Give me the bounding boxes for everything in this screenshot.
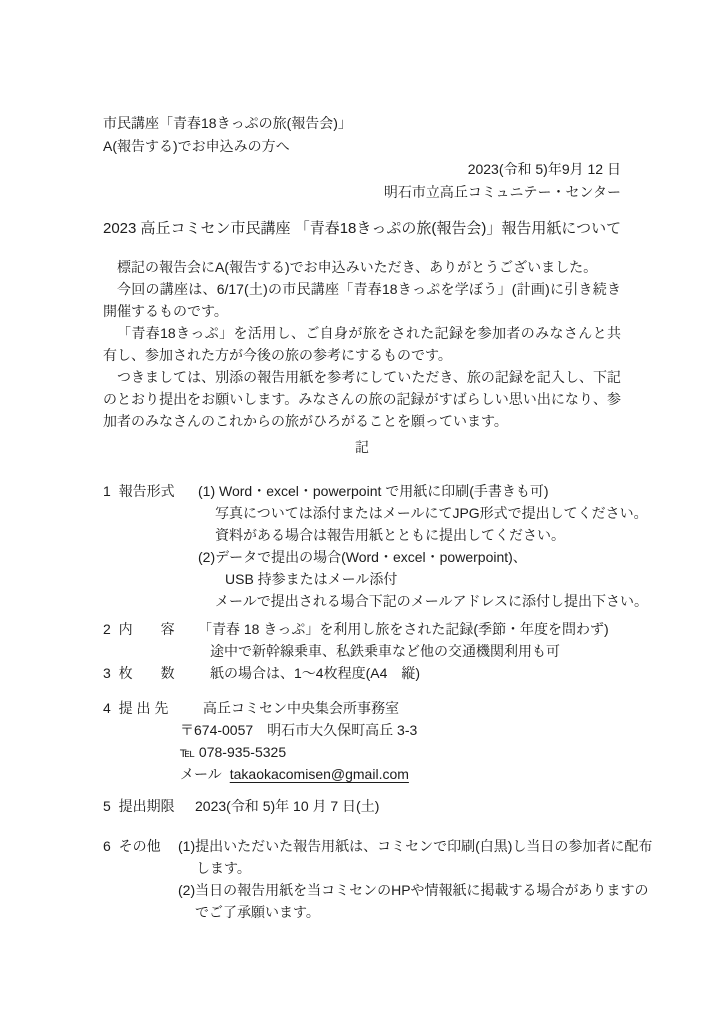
section-line: でご了承願います。 <box>195 901 621 923</box>
section-page-count: 3 枚 数 紙の場合は、1～4枚程度(A4 縦) <box>103 662 621 684</box>
section-line: 途中で新幹線乗車、私鉄乗車など他の交通機関利用も可 <box>210 640 621 662</box>
section-line: します。 <box>196 857 621 879</box>
section-line: (1)提出いただいた報告用紙は、コミセンで印刷(白黒)し当日の参加者に配布 <box>178 835 621 857</box>
section-report-format: 1 報告形式 (1) Word・excel・powerpoint で用紙に印刷(… <box>103 480 621 612</box>
section-content-label: 2 内 容 <box>103 618 175 640</box>
issuing-organization: 明石市立高丘コミュニテー・センター <box>103 181 621 204</box>
section-line: 写真については添付またはメールにてJPG形式で提出してください。 <box>215 502 621 524</box>
section-line: (2)当日の報告用紙を当コミセンのHPや情報紙に掲載する場合がありますの <box>178 879 621 901</box>
body-paragraph-2: 今回の講座は、6/17(土)の市民講座「青春18きっぷを学ぼう」(計画)に引き続… <box>103 278 621 322</box>
body-paragraph-3: 「青春18きっぷ」を活用し、ご自身が旅をされた記録を参加者のみなさんと共有し、参… <box>103 322 621 366</box>
section-deadline: 5 提出期限 2023(令和 5)年 10 月 7 日(土) <box>103 795 621 817</box>
section-other-notes: 6 その他 (1)提出いただいた報告用紙は、コミセンで印刷(白黒)し当日の参加者… <box>103 835 621 923</box>
record-heading: 記 <box>103 436 621 458</box>
email-line: メールtakaokacomisen@gmail.com <box>180 763 621 785</box>
email-label: メール <box>180 766 222 782</box>
section-line: USB 持参またはメール添付 <box>225 568 621 590</box>
body-paragraph-4: つきましては、別添の報告用紙を参考にしていただき、旅の記録を記入し、下記のとおり… <box>103 366 621 432</box>
section-line: 「青春 18 きっぷ」を利用し旅をされた記録(季節・年度を問わず) <box>198 618 621 640</box>
section-submission-address-label: 4 提 出 先 <box>103 697 168 719</box>
email-address: takaokacomisen@gmail.com <box>230 766 409 782</box>
addressee-line-1: 市民講座「青春18きっぷの旅(報告会)」 <box>103 112 621 135</box>
telephone-line: ℡ 078-935-5325 <box>180 741 621 763</box>
section-line: 資料がある場合は報告用紙とともに提出してください。 <box>215 524 621 546</box>
section-content: 2 内 容 「青春 18 きっぷ」を利用し旅をされた記録(季節・年度を問わず) … <box>103 618 621 662</box>
deadline-date: 2023(令和 5)年 10 月 7 日(土) <box>195 795 621 817</box>
section-line: 紙の場合は、1～4枚程度(A4 縦) <box>210 662 621 684</box>
section-submission-address: 4 提 出 先 高丘コミセン中央集会所事務室 〒674-0057 明石市大久保町… <box>103 697 621 785</box>
section-page-count-label: 3 枚 数 <box>103 662 175 684</box>
addressee-block: 市民講座「青春18きっぷの旅(報告会)」 A(報告する)でお申込みの方へ <box>103 112 621 158</box>
document-page: 市民講座「青春18きっぷの旅(報告会)」 A(報告する)でお申込みの方へ 202… <box>0 0 724 1024</box>
section-line: (2)データで提出の場合(Word・excel・powerpoint)、 <box>198 546 621 568</box>
document-title: 2023 高丘コミセン市民講座 「青春18きっぷの旅(報告会)」報告用紙について <box>103 218 621 240</box>
postal-address-line: 〒674-0057 明石市大久保町高丘 3-3 <box>180 719 621 741</box>
section-other-notes-label: 6 その他 <box>103 835 161 857</box>
section-line: メールで提出される場合下記のメールアドレスに添付し提出下さい。 <box>215 590 621 612</box>
dateline-block: 2023(令和 5)年9月 12 日 明石市立高丘コミュニテー・センター <box>103 158 621 204</box>
section-deadline-label: 5 提出期限 <box>103 795 175 817</box>
section-report-format-label: 1 報告形式 <box>103 480 175 502</box>
addressee-line-2: A(報告する)でお申込みの方へ <box>103 135 621 158</box>
body-text: 標記の報告会にA(報告する)でお申込みいただき、ありがとうございました。 今回の… <box>103 256 621 432</box>
issue-date: 2023(令和 5)年9月 12 日 <box>103 158 621 181</box>
section-line: 高丘コミセン中央集会所事務室 <box>203 697 621 719</box>
body-paragraph-1: 標記の報告会にA(報告する)でお申込みいただき、ありがとうございました。 <box>103 256 621 278</box>
section-line: (1) Word・excel・powerpoint で用紙に印刷(手書きも可) <box>198 480 621 502</box>
